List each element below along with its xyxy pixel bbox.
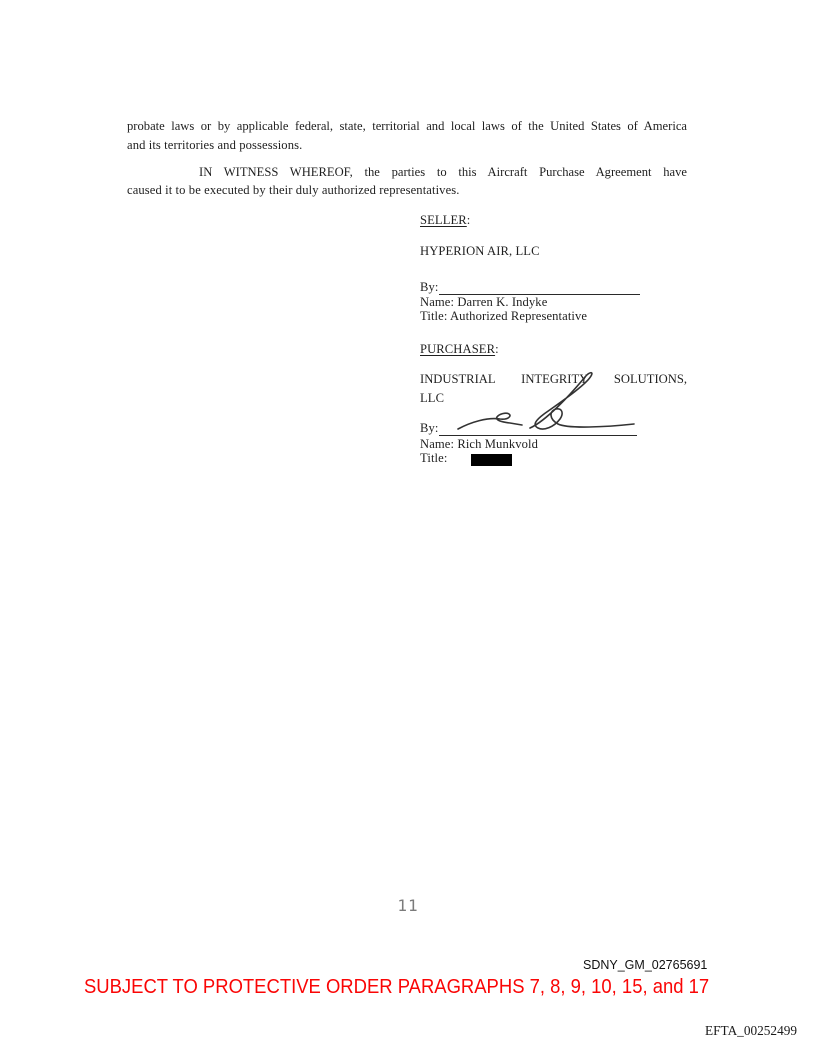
purchaser-by-label: By: <box>420 421 439 435</box>
paragraph2-line1: IN WITNESS WHEREOF, the parties to this … <box>127 164 687 180</box>
protective-order-stamp: SUBJECT TO PROTECTIVE ORDER PARAGRAPHS 7… <box>84 975 709 999</box>
paragraph1-line1: probate laws or by applicable federal, s… <box>127 118 687 134</box>
seller-by-label: By: <box>420 280 439 294</box>
bates-stamp-efta: EFTA_00252499 <box>705 1023 797 1039</box>
purchaser-by-line: By: <box>420 420 637 436</box>
seller-heading-colon: : <box>467 213 471 227</box>
purchaser-title-label: Title: <box>420 450 447 466</box>
purchaser-company-line2: LLC <box>420 390 444 406</box>
purchaser-heading: PURCHASER: <box>420 341 499 357</box>
document-page: probate laws or by applicable federal, s… <box>0 0 816 1056</box>
bates-stamp-sdny: SDNY_GM_02765691 <box>583 958 707 972</box>
seller-heading-word: SELLER <box>420 213 467 227</box>
seller-company: HYPERION AIR, LLC <box>420 243 540 259</box>
title-redaction-box <box>471 454 512 466</box>
purchaser-heading-word: PURCHASER <box>420 342 495 356</box>
page-number: 11 <box>0 896 816 915</box>
seller-title-line: Title: Authorized Representative <box>420 308 587 324</box>
purchaser-heading-colon: : <box>495 342 499 356</box>
purchaser-signature-rule <box>439 423 637 436</box>
paragraph2-line2: caused it to be executed by their duly a… <box>127 182 460 198</box>
paragraph1-line2: and its territories and possessions. <box>127 137 302 153</box>
seller-heading: SELLER: <box>420 212 470 228</box>
